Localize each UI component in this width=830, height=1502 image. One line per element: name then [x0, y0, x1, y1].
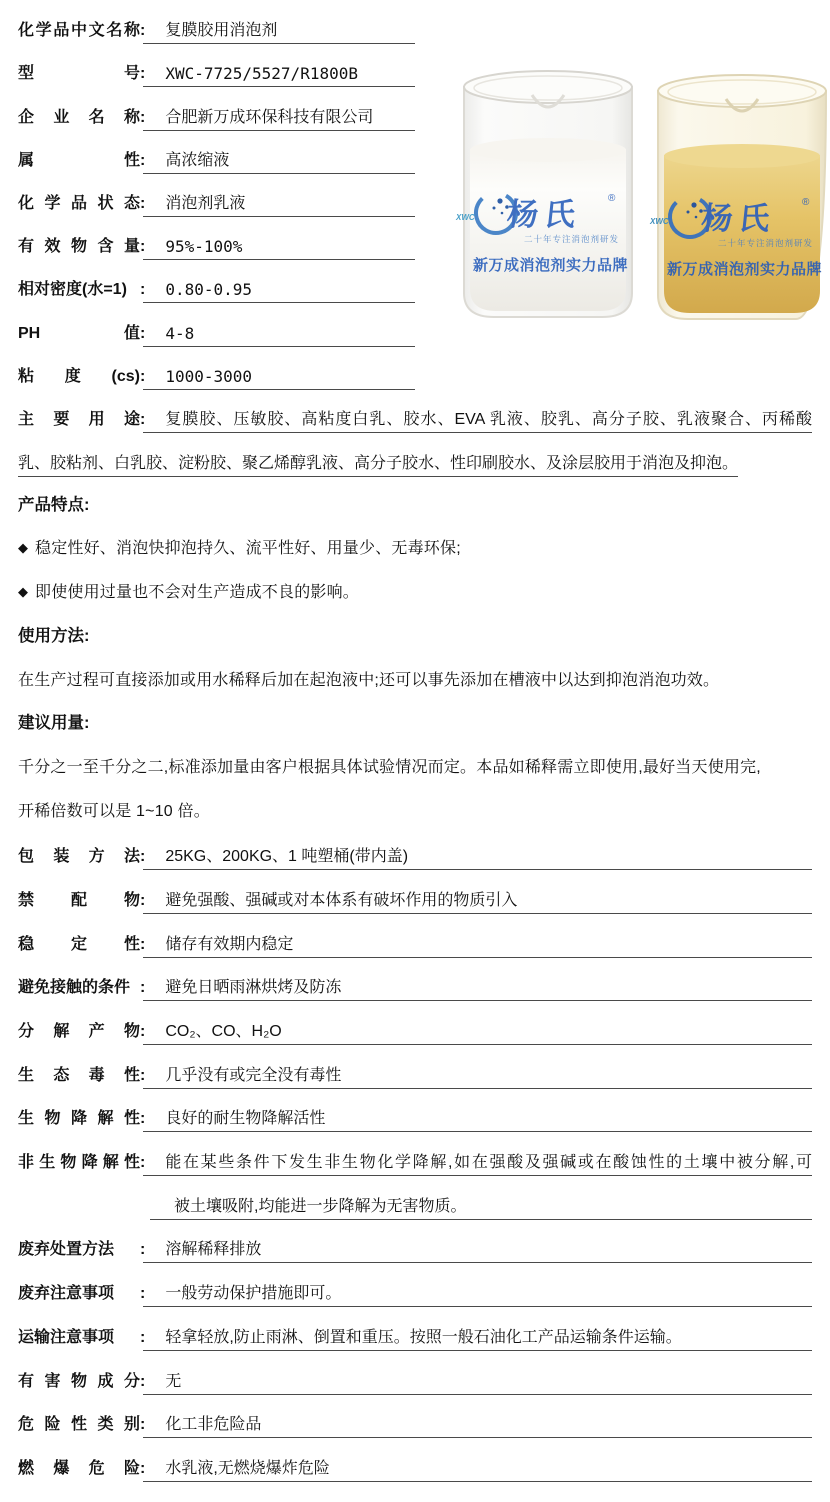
field-row-harmful-ingredients: 有害物成分: 无	[18, 1351, 812, 1395]
feature-text: 稳定性好、消泡快抑泡持久、流平性好、用量少、无毒环保;	[35, 535, 461, 558]
field-label: 分解产物	[18, 1018, 140, 1045]
field-value-continued: 被土壤吸附,均能进一步降解为无害物质。	[150, 1193, 812, 1220]
field-row-density: 相对密度(水=1): 0.80-0.95	[18, 260, 415, 303]
brand-tagline: 新万成消泡剂实力品牌	[473, 256, 628, 274]
field-value: 能在某些条件下发生非生物化学降解,如在强酸及强碱或在酸蚀性的土壤中被分解,可	[165, 1154, 812, 1171]
field-value: 避免日晒雨淋烘烤及防冻	[165, 974, 341, 997]
field-label: 包装方法	[18, 843, 140, 870]
field-value: 合肥新万成环保科技有限公司	[165, 104, 373, 127]
paragraph-text: 在生产过程可直接添加或用水稀释后加在起泡液中;还可以事先添加在槽液中以达到抑泡消…	[18, 667, 719, 690]
field-row-ph: PH值: 4-8	[18, 303, 415, 346]
feature-text: 即使使用过量也不会对生产造成不良的影响。	[35, 579, 359, 602]
field-value: 避免强酸、强碱或对本体系有破坏作用的物质引入	[165, 887, 517, 910]
field-row-chemical-name: 化学品中文名称: 复膜胶用消泡剂	[18, 1, 415, 44]
brand-name: 杨氏	[505, 197, 583, 232]
field-value: 一般劳动保护措施即可。	[165, 1280, 341, 1303]
field-row-hazard-class: 危险性类别: 化工非危险品	[18, 1395, 812, 1439]
field-label: 有效物含量	[18, 233, 140, 260]
field-label: 生物降解性	[18, 1105, 140, 1132]
field-row-decomposition-products: 分解产物: CO₂、CO、H₂O	[18, 1001, 812, 1045]
brand-subtext: 二十年专注消泡剂研发	[718, 238, 813, 248]
field-row-waste-precautions: 废弃注意事项: 一般劳动保护措施即可。	[18, 1263, 812, 1307]
product-spec-sheet: 化学品中文名称: 复膜胶用消泡剂 型号: XWC-7725/5527/R1800…	[0, 0, 830, 1502]
field-label: 禁配物	[18, 887, 140, 914]
registered-mark: ®	[802, 197, 810, 208]
diamond-bullet-icon: ◆	[18, 540, 28, 558]
section-heading: 使用方法:	[18, 622, 90, 646]
logo-xwc-text: XWC	[649, 217, 669, 226]
product-photo: XWC 杨氏 ® 二十年专注消泡剂研发 新万成消泡剂实力品牌	[450, 55, 830, 329]
dosage-paragraph-line2: 开稀倍数可以是 1~10 倍。	[18, 783, 812, 827]
diamond-bullet-icon: ◆	[18, 584, 28, 602]
field-value: 几乎没有或完全没有毒性	[165, 1062, 341, 1085]
field-label: 废弃处置方法	[18, 1236, 140, 1263]
top-section: 化学品中文名称: 复膜胶用消泡剂 型号: XWC-7725/5527/R1800…	[18, 1, 812, 390]
field-value: 高浓缩液	[165, 147, 229, 170]
field-label: 相对密度(水=1)	[18, 276, 140, 303]
brand-name: 杨氏	[700, 201, 778, 236]
field-value: 消泡剂乳液	[165, 190, 245, 213]
field-row-non-biodegradability: 非生物降解性: 能在某些条件下发生非生物化学降解,如在强酸及强碱或在酸蚀性的土壤…	[18, 1132, 812, 1176]
field-row-company: 企业名称: 合肥新万成环保科技有限公司	[18, 87, 415, 130]
usage-paragraph: 在生产过程可直接添加或用水稀释后加在起泡液中;还可以事先添加在槽液中以达到抑泡消…	[18, 652, 812, 696]
beakers-illustration: XWC 杨氏 ® 二十年专注消泡剂研发 新万成消泡剂实力品牌	[450, 55, 830, 329]
feature-item: ◆ 即使使用过量也不会对生产造成不良的影响。	[18, 564, 812, 608]
field-value: 溶解稀释排放	[165, 1236, 261, 1259]
feature-item: ◆ 稳定性好、消泡快抑泡持久、流平性好、用量少、无毒环保;	[18, 521, 812, 565]
field-label: 企业名称	[18, 104, 140, 131]
field-row-state: 化学品状态: 消泡剂乳液	[18, 174, 415, 217]
logo-xwc-text: XWC	[455, 213, 475, 222]
field-value: CO₂、CO、H₂O	[165, 1018, 281, 1041]
section-usage: 使用方法:	[18, 608, 812, 652]
field-row-explosion-hazard: 燃爆危险: 水乳液,无燃烧爆炸危险	[18, 1438, 812, 1482]
field-label: 稳定性	[18, 931, 140, 958]
field-value: 1000-3000	[165, 367, 252, 386]
field-row-property: 属性: 高浓缩液	[18, 131, 415, 174]
dosage-paragraph-line1: 千分之一至千分之二,标准添加量由客户根据具体试验情况而定。本品如稀释需立即使用,…	[18, 739, 812, 783]
field-label: 型号	[18, 60, 140, 87]
paragraph-text: 开稀倍数可以是 1~10 倍。	[18, 798, 210, 821]
section-features: 产品特点:	[18, 477, 812, 521]
field-value: 95%-100%	[165, 237, 242, 256]
field-value: 水乳液,无燃烧爆炸危险	[165, 1455, 329, 1478]
field-label: 燃爆危险	[18, 1455, 140, 1482]
beaker-yellow: XWC 杨氏 ® 二十年专注消泡剂研发 新万成消泡剂实力品牌	[649, 75, 826, 319]
section-heading: 产品特点:	[18, 491, 90, 515]
field-label: 废弃注意事项	[18, 1280, 140, 1307]
field-label: 粘度(cs)	[18, 363, 140, 390]
section-heading: 建议用量:	[18, 709, 90, 733]
field-value: 轻拿轻放,防止雨淋、倒置和重压。按照一般石油化工产品运输条件运输。	[165, 1324, 681, 1347]
field-label: 有害物成分	[18, 1368, 140, 1395]
field-row-active-content: 有效物含量: 95%-100%	[18, 217, 415, 260]
field-label: 主要用途	[18, 406, 140, 433]
field-label: 化学品状态	[18, 190, 140, 217]
field-label: 属性	[18, 147, 140, 174]
field-value: 4-8	[165, 324, 194, 343]
field-value: 25KG、200KG、1 吨塑桶(带内盖)	[165, 843, 408, 866]
field-label: 生态毒性	[18, 1062, 140, 1089]
field-label: 非生物降解性	[18, 1149, 140, 1176]
field-value: 良好的耐生物降解活性	[165, 1105, 325, 1128]
field-value: 无	[165, 1368, 181, 1391]
main-use-continuation: 乳、胶粘剂、白乳胶、淀粉胶、聚乙烯醇乳液、高分子胶水、性印刷胶水、及涂层胶用于消…	[18, 433, 812, 477]
field-value: 复膜胶、压敏胶、高粘度白乳、胶水、EVA 乳液、胶乳、高分子胶、乳液聚合、丙稀酸	[165, 411, 812, 428]
field-label: 化学品中文名称	[18, 17, 140, 44]
field-value-continued: 乳、胶粘剂、白乳胶、淀粉胶、聚乙烯醇乳液、高分子胶水、性印刷胶水、及涂层胶用于消…	[18, 450, 738, 477]
field-row-incompatibles: 禁配物: 避免强酸、强碱或对本体系有破坏作用的物质引入	[18, 870, 812, 914]
section-dosage: 建议用量:	[18, 696, 812, 740]
field-row-main-use: 主要用途: 复膜胶、压敏胶、高粘度白乳、胶水、EVA 乳液、胶乳、高分子胶、乳液…	[18, 390, 812, 434]
field-row-waste-disposal: 废弃处置方法: 溶解稀释排放	[18, 1220, 812, 1264]
field-row-transport-precautions: 运输注意事项: 轻拿轻放,防止雨淋、倒置和重压。按照一般石油化工产品运输条件运输…	[18, 1307, 812, 1351]
field-value: 0.80-0.95	[165, 280, 252, 299]
field-row-packaging: 包装方法: 25KG、200KG、1 吨塑桶(带内盖)	[18, 827, 812, 871]
field-value: 储存有效期内稳定	[165, 931, 293, 954]
beaker-white: XWC 杨氏 ® 二十年专注消泡剂研发 新万成消泡剂实力品牌	[455, 71, 632, 317]
non-biodegradability-continuation: 被土壤吸附,均能进一步降解为无害物质。	[18, 1176, 812, 1220]
field-row-stability: 稳定性: 储存有效期内稳定	[18, 914, 812, 958]
field-label: 运输注意事项	[18, 1324, 140, 1351]
field-label: 避免接触的条件	[18, 974, 140, 1001]
field-label: PH值	[18, 320, 140, 347]
paragraph-text: 千分之一至千分之二,标准添加量由客户根据具体试验情况而定。本品如稀释需立即使用,…	[18, 754, 761, 777]
brand-subtext: 二十年专注消泡剂研发	[524, 234, 619, 244]
field-row-biodegradability: 生物降解性: 良好的耐生物降解活性	[18, 1089, 812, 1133]
field-value: 复膜胶用消泡剂	[165, 17, 277, 40]
field-row-conditions-to-avoid: 避免接触的条件: 避免日晒雨淋烘烤及防冻	[18, 958, 812, 1002]
field-value: XWC-7725/5527/R1800B	[165, 64, 358, 83]
field-value: 化工非危险品	[165, 1411, 261, 1434]
field-row-viscosity: 粘度(cs): 1000-3000	[18, 347, 415, 390]
field-row-model: 型号: XWC-7725/5527/R1800B	[18, 44, 415, 87]
field-row-ecotoxicity: 生态毒性: 几乎没有或完全没有毒性	[18, 1045, 812, 1089]
registered-mark: ®	[608, 193, 616, 204]
field-label: 危险性类别	[18, 1411, 140, 1438]
brand-tagline: 新万成消泡剂实力品牌	[667, 260, 822, 278]
